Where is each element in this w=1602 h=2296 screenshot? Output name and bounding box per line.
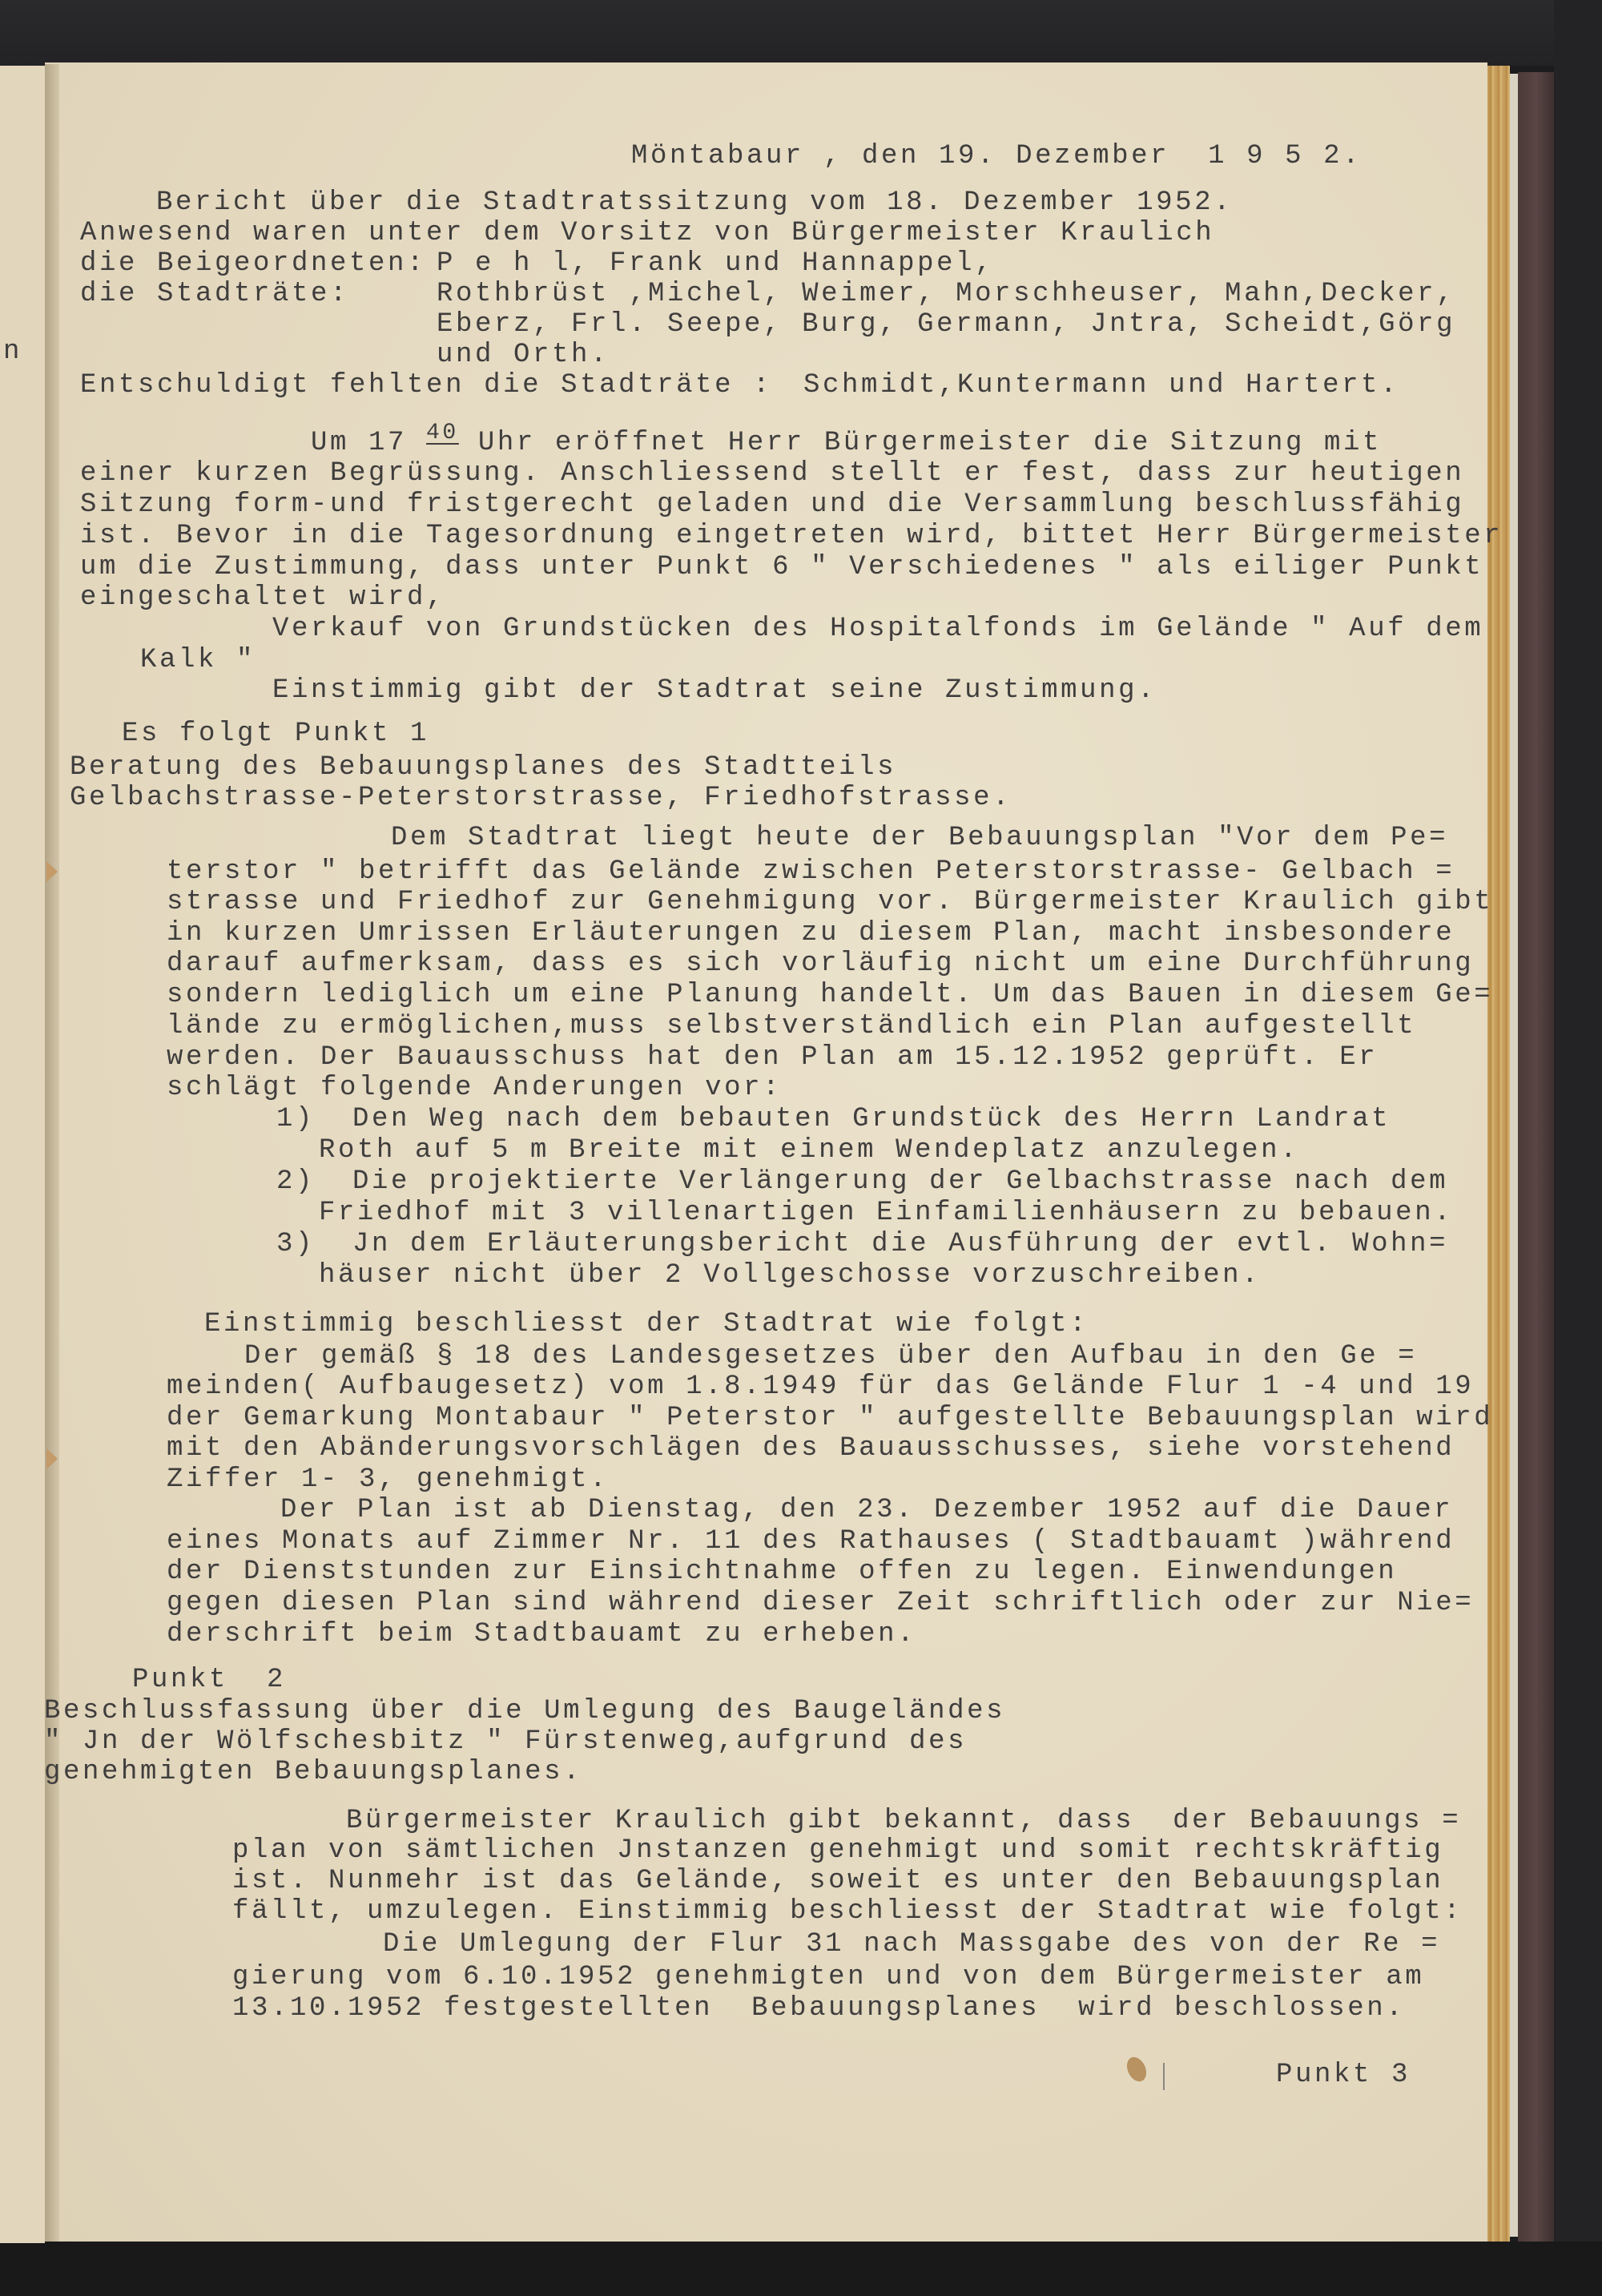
punkt2-subject: " Jn der Wölfschesbitz " Fürstenweg,aufg… — [44, 1728, 967, 1755]
opening-time-hour: Um 17 — [311, 428, 426, 458]
change-number: 3) — [276, 1231, 315, 1258]
urgent-item: Kalk " — [140, 647, 256, 674]
scan-background-bottom — [0, 2242, 1602, 2296]
punkt1-body-line: werden. Der Bauausschuss hat den Plan am… — [167, 1044, 1378, 1071]
punkt1-body-line: darauf aufmerksam, dass es sich vorläufi… — [167, 950, 1474, 977]
punkt2-subject: Beschlussfassung über die Umlegung des B… — [44, 1698, 1005, 1725]
punkt2-body-line: plan von sämtlichen Jnstanzen genehmigt … — [232, 1837, 1443, 1864]
scan-background-right — [1554, 0, 1602, 2296]
opening-line-rest: Uhr eröffnet Herr Bürgermeister die Sitz… — [459, 428, 1382, 458]
opening-paragraph-line: Sitzung form-und fristgerecht geladen un… — [80, 491, 1464, 518]
urgent-item: Verkauf von Grundstücken des Hospitalfon… — [272, 615, 1483, 642]
punkt1-body-line: Dem Stadtrat liegt heute der Bebauungspl… — [391, 824, 1448, 852]
resolution-line: Ziffer 1- 3, genehmigt. — [167, 1466, 609, 1493]
resolution-line: meinden( Aufbaugesetz) vom 1.8.1949 für … — [167, 1373, 1474, 1400]
deputies-names: P e h l, Frank und Hannappel, — [437, 250, 994, 277]
punkt1-body-line: strasse und Friedhof zur Genehmigung vor… — [167, 888, 1493, 916]
resolution-line: der Gemarkung Montabaur " Peterstor " au… — [167, 1404, 1493, 1432]
absent-label: Entschuldigt fehlten die Stadträte : — [80, 372, 772, 399]
next-page-marker: Punkt 3 — [1276, 2061, 1411, 2089]
left-page-edge: n — [0, 66, 45, 2243]
pencil-mark — [1163, 2063, 1165, 2090]
punkt1-heading: Es folgt Punkt 1 — [122, 720, 429, 747]
punkt2-body-line: Bürgermeister Kraulich gibt bekannt, das… — [346, 1807, 1461, 1835]
display-notice-line: gegen diesen Plan sind während dieser Ze… — [167, 1589, 1474, 1617]
punkt1-body-line: in kurzen Umrissen Erläuterungen zu dies… — [167, 920, 1455, 947]
punkt2-body-line: fällt, umzulegen. Einstimmig beschliesst… — [232, 1898, 1463, 1925]
left-page-text-fragment: n — [3, 338, 19, 365]
display-notice-line: Der Plan ist ab Dienstag, den 23. Dezemb… — [280, 1496, 1453, 1524]
display-notice-line: eines Monats auf Zimmer Nr. 11 des Ratha… — [167, 1528, 1455, 1555]
page-stack-edge — [1487, 66, 1510, 2242]
report-title: Bericht über die Stadtratssitzung vom 18… — [156, 189, 1233, 216]
resolution-line: mit den Abänderungsvorschlägen des Bauau… — [167, 1435, 1455, 1462]
punkt2-resolution-line: gierung vom 6.10.1952 genehmigten und vo… — [232, 1964, 1424, 1991]
opening-time-minutes: 40 — [426, 421, 459, 445]
change-text: Die projektierte Verlängerung der Gelbac… — [352, 1168, 1448, 1195]
change-number: 1) — [276, 1106, 315, 1133]
change-text: Den Weg nach dem bebauten Grundstück des… — [352, 1106, 1391, 1133]
punkt1-body-line: sondern lediglich um eine Planung handel… — [167, 981, 1493, 1009]
attendance-intro: Anwesend waren unter dem Vorsitz von Bür… — [80, 220, 1214, 247]
page-stack-edge-pale — [1510, 74, 1518, 2237]
page-gutter-shadow — [45, 64, 59, 2242]
scan-background-top — [0, 0, 1602, 66]
punkt1-subject: Beratung des Bebauungsplanes des Stadtte… — [70, 754, 896, 781]
punkt2-resolution-line: Die Umlegung der Flur 31 nach Massgabe d… — [383, 1931, 1440, 1958]
punkt1-body-line: schlägt folgende Anderungen vor: — [167, 1074, 782, 1102]
punkt1-body-line: terstor " betrifft das Gelände zwischen … — [167, 858, 1455, 885]
change-text: Friedhof mit 3 villenartigen Einfamilien… — [319, 1199, 1453, 1227]
opening-paragraph-line: ist. Bevor in die Tagesordnung eingetret… — [80, 522, 1503, 550]
opening-paragraph-line: um die Zustimmung, dass unter Punkt 6 " … — [80, 554, 1483, 581]
punkt2-body-line: ist. Nunmehr ist das Gelände, soweit es … — [232, 1867, 1443, 1895]
absent-names: Schmidt,Kuntermann und Hartert. — [803, 372, 1399, 399]
date-line: Möntabaur , den 19. Dezember 1 9 5 2. — [631, 143, 1362, 170]
resolution-intro: Einstimmig beschliesst der Stadtrat wie … — [204, 1311, 1089, 1338]
change-text: häuser nicht über 2 Vollgeschosse vorzus… — [319, 1262, 1261, 1289]
opening-paragraph-line: einer kurzen Begrüssung. Anschliessend s… — [80, 460, 1464, 487]
change-text: Roth auf 5 m Breite mit einem Wendeplatz… — [319, 1137, 1299, 1164]
punkt2-heading: Punkt 2 — [132, 1666, 286, 1694]
punkt1-body-line: lände zu ermöglichen,muss selbstverständ… — [167, 1013, 1416, 1040]
opening-paragraph-first-line: Um 17 40 Uhr eröffnet Herr Bürgermeister… — [311, 429, 1382, 458]
book-binding-edge — [1518, 72, 1554, 2243]
councillors-names: und Orth. — [437, 341, 610, 369]
punkt1-subject: Gelbachstrasse-Peterstorstrasse, Friedho… — [70, 784, 1012, 812]
display-notice-line: derschrift beim Stadtbauamt zu erheben. — [167, 1621, 916, 1648]
display-notice-line: der Dienststunden zur Einsichtnahme offe… — [167, 1558, 1397, 1585]
opening-paragraph-line: eingeschaltet wird, — [80, 584, 445, 611]
consent-statement: Einstimmig gibt der Stadtrat seine Zusti… — [272, 677, 1157, 704]
councillors-label: die Stadträte: — [80, 280, 349, 308]
punkt2-subject: genehmigten Bebauungsplanes. — [44, 1758, 582, 1786]
councillors-names: Eberz, Frl. Seepe, Burg, Germann, Jntra,… — [437, 311, 1455, 338]
punkt2-resolution-line: 13.10.1952 festgestellten Bebauungsplane… — [232, 1995, 1405, 2022]
deputies-label: die Beigeordneten: — [80, 250, 426, 277]
councillors-names: Rothbrüst ,Michel, Weimer, Morschheuser,… — [437, 280, 1455, 308]
change-text: Jn dem Erläuterungsbericht die Ausführun… — [352, 1231, 1448, 1258]
resolution-line: Der gemäß § 18 des Landesgesetzes über d… — [244, 1343, 1417, 1370]
change-number: 2) — [276, 1168, 315, 1195]
